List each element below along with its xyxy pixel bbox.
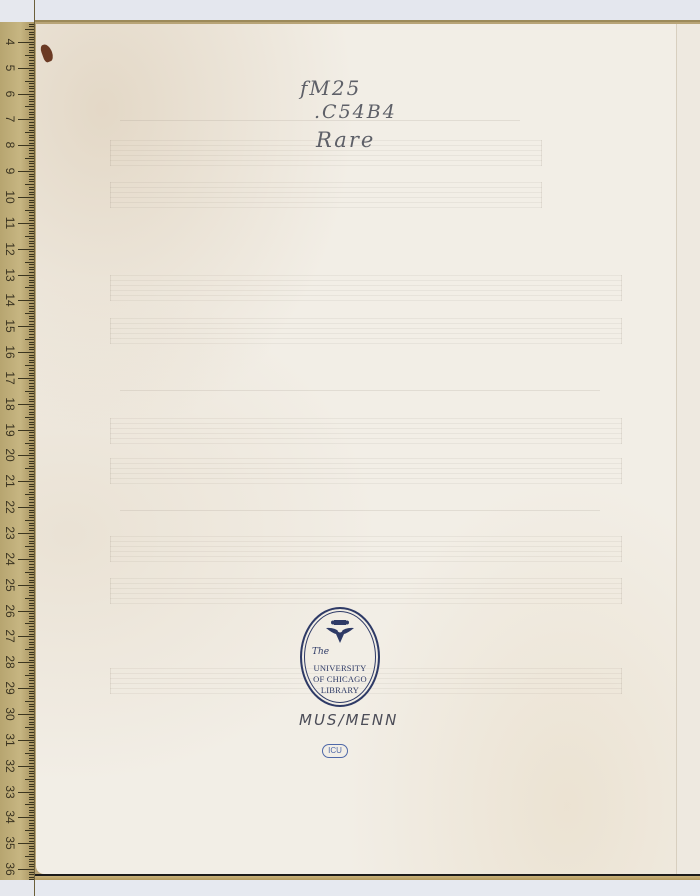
ruler-tick [29,810,34,811]
ruler-tick [29,259,34,260]
ruler-tick [29,717,34,718]
ruler-tick [29,409,34,410]
ruler-tick [18,197,34,198]
ruler-tick [25,701,34,702]
ruler-number: 22 [4,496,16,518]
ruler-number: 27 [4,625,16,647]
ruler-tick [29,228,34,229]
ruler-tick [29,618,34,619]
ruler-tick [29,492,34,493]
ruler-tick [29,166,34,167]
ruler-tick [29,200,34,201]
ruler-tick [29,334,34,335]
ruler-tick [29,510,34,511]
ruler-number: 14 [4,289,16,311]
ruler-tick [29,73,34,74]
ruler-tick [29,316,34,317]
ruler-tick [29,47,34,48]
ruler-tick [29,135,34,136]
ruler-tick [29,233,34,234]
ruler-tick [29,298,34,299]
ruler-tick [29,122,34,123]
ruler-number: 8 [4,134,16,156]
ruler-number: 20 [4,444,16,466]
ruler-tick [29,251,34,252]
ruler-tick [29,99,34,100]
ruler-tick [29,660,34,661]
call-number-line-1: fM25 [300,76,361,100]
ruler-tick [29,269,34,270]
ruler-tick [25,520,34,521]
ruler-tick [29,112,34,113]
ruler-tick [29,264,34,265]
phoenix-emblem-icon [324,619,356,645]
ruler-tick [29,83,34,84]
ruler-tick [29,639,34,640]
ruler-tick [29,88,34,89]
ruler-tick [29,755,34,756]
ruler-tick [29,50,34,51]
ruler-tick [29,342,34,343]
ruler-tick [29,329,34,330]
ruler-tick [29,311,34,312]
ruler-tick [29,848,34,849]
ruler-number: 19 [4,419,16,441]
ruler-tick [29,375,34,376]
ruler-tick [18,300,34,301]
ruler-tick [18,249,34,250]
ruler-tick [18,585,34,586]
ruler-tick [29,709,34,710]
ruler-tick [29,321,34,322]
ruler-tick [29,742,34,743]
ruler-tick [29,528,34,529]
ruler-tick [29,745,34,746]
ruler-tick [29,26,34,27]
ruler-tick [29,396,34,397]
ruler-tick [29,272,34,273]
ruler-tick [29,450,34,451]
stamp-line-of-chicago: OF CHICAGO [302,674,378,684]
ruler-tick [18,145,34,146]
ruler-tick [25,236,34,237]
ruler-tick [29,37,34,38]
ruler-tick [29,24,34,25]
ruler-tick [29,114,34,115]
ruler-tick [18,662,34,663]
ruler-tick [25,55,34,56]
ruler-tick [29,52,34,53]
ruler-tick [25,727,34,728]
call-number-line-2: .C54B4 [314,101,397,123]
ruler-tick [18,611,34,612]
ruler-tick [18,559,34,560]
ruler-tick [25,391,34,392]
ruler-tick [29,561,34,562]
ruler-tick [29,812,34,813]
ruler-tick [29,657,34,658]
ruler-tick [25,210,34,211]
ruler-tick [29,303,34,304]
ruler-tick [29,866,34,867]
ruler-tick [29,538,34,539]
ruler-tick [25,106,34,107]
ruler-tick [29,823,34,824]
ruler-tick [25,856,34,857]
ruler-number: 6 [4,83,16,105]
ruler-tick [29,854,34,855]
ruler-tick [29,724,34,725]
ruler-tick [29,427,34,428]
ruler-tick [29,608,34,609]
ruler-tick [29,448,34,449]
ruler-tick [29,549,34,550]
ruler-number: 13 [4,264,16,286]
ruler-tick [18,455,34,456]
ruler-tick [29,841,34,842]
ruler-tick [29,794,34,795]
ruler-tick [29,357,34,358]
ruler-tick [29,621,34,622]
ruler-tick [29,355,34,356]
ruler-number: 11 [4,212,16,234]
ruler-tick [29,101,34,102]
ruler-tick [29,360,34,361]
ruler-tick [29,386,34,387]
ruler-tick [29,437,34,438]
ruler-tick [18,507,34,508]
ruler-tick [29,556,34,557]
ruler-tick [25,649,34,650]
ruler-tick [29,616,34,617]
ruler-tick [29,476,34,477]
ruler-tick [29,117,34,118]
ruler-tick [29,337,34,338]
ruler-tick [29,179,34,180]
ruler-tick [18,740,34,741]
ruler-tick [29,750,34,751]
ruler-tick [25,132,34,133]
ruler-tick [29,786,34,787]
ruler-tick [29,435,34,436]
ruler-tick [29,169,34,170]
ruler-number: 7 [4,108,16,130]
ruler-tick [29,215,34,216]
ruler-tick [29,174,34,175]
ruler-tick [29,137,34,138]
ruler-tick [18,42,34,43]
ruler-tick [29,874,34,875]
ruler-tick [29,362,34,363]
ruler-tick [29,458,34,459]
ruler-tick [29,393,34,394]
ruler-tick [29,789,34,790]
ruler-tick [29,732,34,733]
ruler-tick [29,243,34,244]
ruler-tick [25,81,34,82]
ruler-tick [29,505,34,506]
ruler-tick [18,171,34,172]
ruler-tick [18,404,34,405]
ruler-number: 28 [4,651,16,673]
ruler-tick [29,412,34,413]
ruler-tick [29,331,34,332]
ruler-tick [29,833,34,834]
ruler-tick [29,148,34,149]
ruler-tick [29,693,34,694]
ruler-tick [25,572,34,573]
ruler-tick [29,463,34,464]
ruler-number: 26 [4,600,16,622]
ruler-tick [25,468,34,469]
ruler-tick [18,792,34,793]
ruler-tick [29,453,34,454]
ruler-tick [29,308,34,309]
ruler-tick [29,267,34,268]
ruler-tick [29,828,34,829]
ruler-tick [29,683,34,684]
ruler-number: 23 [4,522,16,544]
ruler-tick [29,324,34,325]
ruler-tick [29,202,34,203]
ruler-tick [29,75,34,76]
ruler-tick [29,644,34,645]
ruler-tick [25,546,34,547]
ruler-tick [29,825,34,826]
ruler-tick [29,835,34,836]
ruler-tick [29,246,34,247]
ruler-number: 18 [4,393,16,415]
ruler-tick [29,373,34,374]
ruler-tick [29,603,34,604]
ruler-tick [29,802,34,803]
ruler-tick [29,241,34,242]
ruler-tick [29,686,34,687]
ruler-tick [29,652,34,653]
ruler-tick [18,688,34,689]
ruler-tick [29,595,34,596]
ruler-number: 15 [4,315,16,337]
ruler-tick [29,665,34,666]
ruler-tick [18,766,34,767]
ruler-tick [29,192,34,193]
ruler-tick [29,722,34,723]
ruler-tick [29,592,34,593]
ruler-tick [29,280,34,281]
ruler-number: 17 [4,367,16,389]
ruler-tick [29,735,34,736]
ruler-tick [25,158,34,159]
ruler-tick [29,680,34,681]
ruler-tick [29,143,34,144]
ruler-tick [25,313,34,314]
ruler-tick [29,70,34,71]
ruler-tick [29,567,34,568]
ruler-tick [29,181,34,182]
ruler-tick [29,486,34,487]
ruler-tick [29,96,34,97]
ruler-number: 21 [4,470,16,492]
ruler-tick [29,153,34,154]
ruler-tick [29,130,34,131]
ruler-tick [29,502,34,503]
ruler-tick [29,515,34,516]
ruler-tick [18,533,34,534]
ruler-tick [29,768,34,769]
ruler-tick [29,461,34,462]
ruler-top-overexposed [0,0,34,22]
ruler-tick [29,551,34,552]
ruler-tick [25,184,34,185]
ruler-tick [29,861,34,862]
ruler-tick [18,869,34,870]
ruler-tick [29,582,34,583]
ruler-tick [29,626,34,627]
ruler-tick [29,140,34,141]
ruler-tick [29,440,34,441]
ruler-tick [25,262,34,263]
ruler-tick [18,817,34,818]
ruler-tick [29,673,34,674]
ruler-tick [29,605,34,606]
ruler-number: 10 [4,186,16,208]
ruler-tick [25,779,34,780]
ruler-bottom-overexposed [0,880,34,896]
ruler-tick [29,205,34,206]
call-number-line-3: Rare [316,128,375,152]
ruler-number: 9 [4,160,16,182]
ruler-tick [29,523,34,524]
measuring-ruler: 3456789101112131415161718192021222324252… [0,0,35,896]
ruler-tick [29,466,34,467]
ruler-tick [18,352,34,353]
collection-note: MUS/MENN [299,711,398,729]
ruler-tick [18,843,34,844]
ruler-number: 5 [4,57,16,79]
ruler-tick [29,225,34,226]
ruler-tick [29,600,34,601]
ruler-tick [29,422,34,423]
scan-background-top [0,0,700,22]
ruler-tick [29,748,34,749]
ruler-tick [29,290,34,291]
ruler-tick [29,737,34,738]
ruler-tick [29,758,34,759]
ruler-tick [29,344,34,345]
ruler-tick [29,771,34,772]
library-stamp: The UNIVERSITY OF CHICAGO LIBRARY [300,607,380,707]
ruler-tick [29,39,34,40]
ruler-tick [29,678,34,679]
ruler-tick [29,497,34,498]
ruler-tick [29,543,34,544]
ruler-tick [29,254,34,255]
ruler-tick [29,859,34,860]
ruler-tick [25,443,34,444]
ruler-tick [25,804,34,805]
ruler-number: 32 [4,755,16,777]
ruler-tick [29,63,34,64]
ruler-tick [18,636,34,637]
ruler-tick [29,474,34,475]
ruler-tick [29,238,34,239]
ruler-number: 33 [4,781,16,803]
ruler-tick [29,631,34,632]
ruler-number: 35 [4,832,16,854]
ruler-number: 12 [4,238,16,260]
ruler-tick [29,654,34,655]
ruler-tick [25,598,34,599]
ruler-tick [18,430,34,431]
ruler-tick [29,176,34,177]
ruler-tick [29,784,34,785]
ruler-tick [18,378,34,379]
ruler-tick [18,275,34,276]
ruler-tick [29,471,34,472]
ruler-tick [29,277,34,278]
ruler-tick [29,698,34,699]
ruler-tick [29,479,34,480]
ruler-tick [29,846,34,847]
ruler-tick [29,32,34,33]
ruler-tick [29,525,34,526]
ruler-tick [29,807,34,808]
ruler-tick [25,753,34,754]
ruler-tick [29,161,34,162]
ruler-tick [29,414,34,415]
ruler-number: 25 [4,574,16,596]
ruler-tick [29,489,34,490]
ruler-tick [29,194,34,195]
ruler-tick [29,78,34,79]
ruler-tick [29,587,34,588]
ruler-tick [29,104,34,105]
stamp-the: The [312,647,329,657]
ruler-tick [29,704,34,705]
ruler-tick [29,580,34,581]
ruler-tick [29,517,34,518]
ruler-tick [29,212,34,213]
ruler-tick [29,282,34,283]
ruler-tick [29,187,34,188]
ruler-tick [29,91,34,92]
ruler-tick [25,29,34,30]
ruler-tick [18,481,34,482]
ruler-number: 36 [4,858,16,880]
ruler-tick [25,830,34,831]
ruler-tick [29,424,34,425]
ruler-tick [29,613,34,614]
ruler-tick [29,65,34,66]
ruler-tick [18,68,34,69]
ruler-tick [29,667,34,668]
ruler-tick [29,150,34,151]
ruler-tick [29,530,34,531]
ruler-tick [29,318,34,319]
ruler-tick [29,57,34,58]
ruler-tick [29,512,34,513]
ruler-tick [25,365,34,366]
stamp-line-university: UNIVERSITY [302,663,378,673]
ruler-tick [29,776,34,777]
ruler-tick [29,696,34,697]
ruler-tick [29,86,34,87]
ruler-tick [29,347,34,348]
ruler-number: 30 [4,703,16,725]
ruler-tick [29,293,34,294]
ruler-tick [29,711,34,712]
ruler-tick [29,380,34,381]
